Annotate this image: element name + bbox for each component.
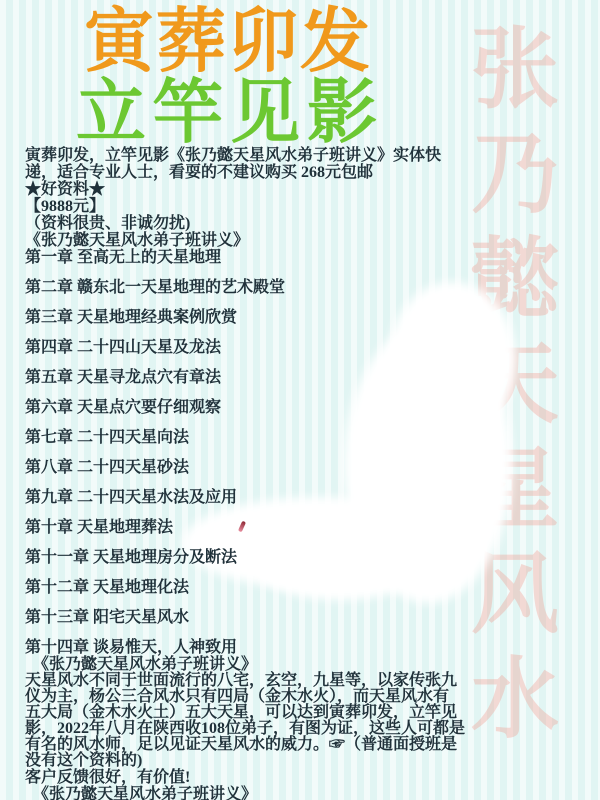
intro-line: 递，适合专业人士，看耍的不建议购买 268元包邮 <box>25 164 475 181</box>
booklet-title: 《张乃懿天星风水弟子班讲义》 <box>25 786 475 800</box>
headline: 寅葬卯发 立竿见影 <box>0 0 600 144</box>
main-text-column: 寅葬卯发，立竿见影《张乃懿天星风水弟子班讲义》实体快 递，适合专业人士，看耍的不… <box>25 147 475 800</box>
chapter-item: 第一章 至高无上的天星地理 <box>25 249 475 266</box>
headline-line2: 立竿见影 <box>76 80 600 144</box>
intro-line: 寅葬卯发，立竿见影《张乃懿天星风水弟子班讲义》实体快 <box>25 147 475 164</box>
description-line: 影，2022年八月在陕西收108位弟子，有图为证，这些人可都是 <box>25 721 475 737</box>
note-tag: （资料很贵、非诚勿扰) <box>25 215 475 232</box>
feedback-line: 客户反馈很好，有价值! <box>25 769 475 786</box>
chapter-item: 第九章 二十四天星水法及应用 <box>25 489 475 506</box>
description-paragraph: 天星风水不同于世面流行的八宅，玄空，九星等，以家传张九 仪为主，杨公三合风水只有… <box>25 673 475 769</box>
chapter-item: 第十三章 阳宅天星风水 <box>25 609 475 626</box>
booklet-title: 《张乃懿天星风水弟子班讲义》 <box>25 232 475 249</box>
chapter-item: 第三章 天星地理经典案例欣赏 <box>25 309 475 326</box>
chapter-item: 第十一章 天星地理房分及断法 <box>25 549 475 566</box>
chapter-item: 第二章 赣东北一天星地理的艺术殿堂 <box>25 279 475 296</box>
chapter-item: 第五章 天星寻龙点穴有章法 <box>25 369 475 386</box>
price-tag: 【9888元】 <box>25 198 475 215</box>
description-line: 天星风水不同于世面流行的八宅，玄空，九星等，以家传张九 <box>25 673 475 689</box>
headline-line1: 寅葬卯发 <box>84 4 600 78</box>
description-line: 仪为主，杨公三合风水只有四局（金木水火），而天星风水有 <box>25 689 475 705</box>
quality-tag: ★好资料★ <box>25 181 475 198</box>
chapter-item: 第六章 天星点穴要仔细观察 <box>25 399 475 416</box>
chapter-item: 第十章 天星地理葬法 <box>25 519 475 536</box>
description-line: 有名的风水师，足以见证天星风水的威力。☞（普通面授班是 <box>25 737 475 753</box>
description-line: 没有这个资料的) <box>25 753 475 769</box>
chapter-item: 第七章 二十四天星向法 <box>25 429 475 446</box>
description-line: 五大局（金木水火土）五大天星，可以达到寅葬卯发，立竿见 <box>25 705 475 721</box>
chapter-item: 第四章 二十四山天星及龙法 <box>25 339 475 356</box>
chapter-item: 第十四章 谈易惟天，人神致用 <box>25 639 475 656</box>
booklet-title: 《张乃懿天星风水弟子班讲义》 <box>25 656 475 673</box>
chapter-item: 第八章 二十四天星砂法 <box>25 459 475 476</box>
chapter-item: 第十二章 天星地理化法 <box>25 579 475 596</box>
